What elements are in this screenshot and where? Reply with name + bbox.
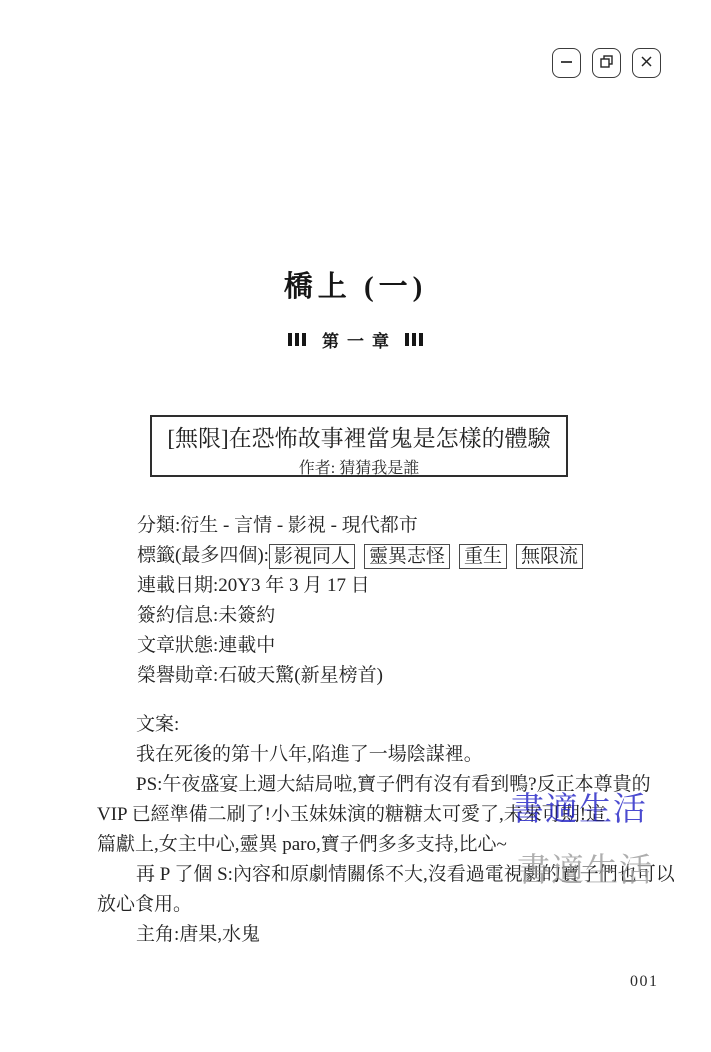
meta-tags-label: 標籤(最多四個):	[137, 541, 269, 571]
chapter-heading: 第一章	[0, 327, 711, 352]
reader-page: 橋上 (一) 第一章 [無限]在恐怖故事裡當鬼是怎樣的體驗 作者: 猜猜我是誰 …	[0, 0, 711, 1052]
tag-chip: 重生	[459, 544, 507, 569]
synopsis-line: 我在死後的第十八年,陷進了一場陰謀裡。	[97, 740, 675, 770]
book-metadata: 分類:衍生 - 言情 - 影視 - 現代都市 標籤(最多四個): 影視同人 靈異…	[137, 511, 592, 691]
window-controls	[552, 48, 661, 78]
meta-category: 分類:衍生 - 言情 - 影視 - 現代都市	[137, 511, 592, 541]
synopsis-line: PS:午夜盛宴上週大結局啦,寶子們有沒有看到鴨?反正本尊貴的	[97, 770, 675, 800]
synopsis-line: 主角:唐果,水鬼	[97, 920, 675, 950]
meta-tags-row: 標籤(最多四個): 影視同人 靈異志怪 重生 無限流	[137, 541, 592, 571]
section-bars-left-icon	[288, 333, 306, 346]
page-title: 橋上 (一)	[0, 264, 711, 305]
section-bars-right-icon	[405, 333, 423, 346]
book-title-card: [無限]在恐怖故事裡當鬼是怎樣的體驗 作者: 猜猜我是誰	[150, 415, 568, 477]
tag-chip: 無限流	[516, 544, 583, 569]
synopsis: 文案: 我在死後的第十八年,陷進了一場陰謀裡。 PS:午夜盛宴上週大結局啦,寶子…	[97, 710, 675, 950]
chapter-label: 第一章	[322, 327, 397, 352]
meta-contract: 簽約信息:未簽約	[137, 601, 592, 631]
close-icon	[639, 54, 654, 72]
minimize-icon	[559, 54, 574, 72]
synopsis-line: 文案:	[97, 710, 675, 740]
synopsis-line: VIP 已經準備二刷了!小玉妹妹演的糖糖太可愛了,未來可期!這	[97, 800, 675, 830]
synopsis-line: 篇獻上,女主中心,靈異 paro,寶子們多多支持,比心~	[97, 830, 675, 860]
book-title: [無限]在恐怖故事裡當鬼是怎樣的體驗	[152, 420, 566, 453]
minimize-button[interactable]	[552, 48, 581, 78]
restore-icon	[599, 54, 614, 72]
tag-chip: 靈異志怪	[364, 544, 450, 569]
meta-serial-date: 連載日期:20Y3 年 3 月 17 日	[137, 571, 592, 601]
meta-status: 文章狀態:連載中	[137, 631, 592, 661]
synopsis-line: 放心食用。	[97, 890, 675, 920]
meta-honor: 榮譽勛章:石破天驚(新星榜首)	[137, 661, 592, 691]
tag-chip: 影視同人	[269, 544, 355, 569]
page-number: 001	[630, 973, 659, 991]
book-author: 作者: 猜猜我是誰	[152, 455, 566, 478]
synopsis-line: 再 P 了個 S:內容和原劇情關係不大,沒看過電視劇的寶子們也可以	[97, 860, 675, 890]
restore-button[interactable]	[592, 48, 621, 78]
close-button[interactable]	[632, 48, 661, 78]
